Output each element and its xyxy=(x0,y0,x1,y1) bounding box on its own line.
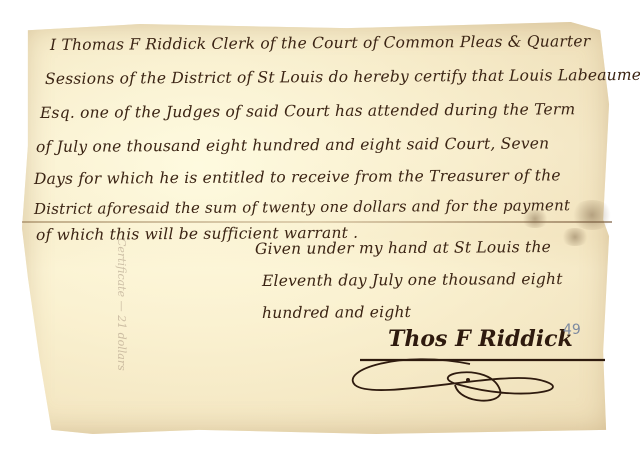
body-line-3: Esq. one of the Judges of said Court has… xyxy=(40,100,575,122)
closing-line-1: Given under my hand at St Louis the xyxy=(255,238,551,258)
body-line-1: I Thomas F Riddick Clerk of the Court of… xyxy=(50,32,591,54)
stain xyxy=(560,228,590,246)
body-line-5: Days for which he is entitled to receive… xyxy=(34,166,561,188)
signature-flourish-icon xyxy=(340,340,610,410)
body-line-6: District aforesaid the sum of twenty one… xyxy=(34,196,570,218)
closing-line-3: hundred and eight xyxy=(262,303,411,322)
body-line-4: of July one thousand eight hundred and e… xyxy=(36,134,549,156)
margin-note: Certificate — 21 dollars xyxy=(115,238,128,371)
closing-line-2: Eleventh day July one thousand eight xyxy=(262,270,563,290)
pencil-annotation: 49 xyxy=(563,322,581,338)
stain xyxy=(570,200,614,230)
